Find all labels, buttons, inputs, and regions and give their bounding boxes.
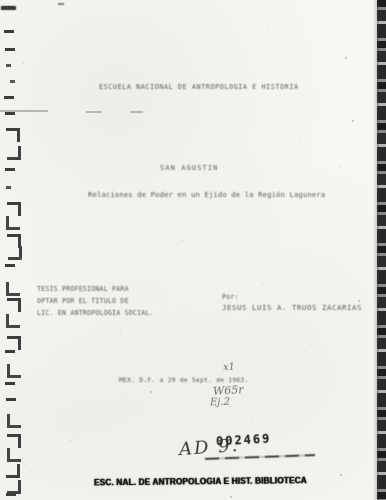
faint-dash xyxy=(0,110,48,112)
binding-mark xyxy=(6,493,16,496)
binding-mark xyxy=(6,186,11,189)
pencil-note-call-mark: W65r xyxy=(213,383,244,398)
paper-speck xyxy=(262,283,263,284)
paper-speck xyxy=(310,345,311,346)
pencil-note-ej2: Ej.2 xyxy=(210,397,230,409)
binding-mark xyxy=(6,64,11,67)
binding-mark xyxy=(7,448,21,462)
institution-heading: ESCUELA NACIONAL DE ANTROPOLOGIA E HISTO… xyxy=(99,83,299,91)
paper-speck xyxy=(352,120,354,122)
faint-dash xyxy=(130,111,143,113)
binding-mark xyxy=(3,6,13,9)
binding-mark xyxy=(6,282,20,296)
paper-speck xyxy=(345,57,347,59)
faint-dash xyxy=(86,111,102,113)
author-label: Por: xyxy=(222,291,239,303)
paper-speck xyxy=(20,258,22,260)
binding-mark xyxy=(7,298,21,312)
binding-mark xyxy=(7,414,21,428)
scanned-thesis-title-page: ESCUELA NACIONAL DE ANTROPOLOGIA E HISTO… xyxy=(0,0,386,500)
paper-speck xyxy=(70,440,71,441)
binding-mark xyxy=(6,464,20,478)
binding-mark xyxy=(7,202,21,216)
binding-mark xyxy=(6,398,16,401)
thesis-subtitle: Relaciones de Poder en un Ejido de la Re… xyxy=(88,190,325,199)
thesis-statement-line-3: LIC. EN ANTROPOLOGIA SOCIAL. xyxy=(37,307,154,319)
binding-mark xyxy=(5,112,15,115)
accession-number-stamp: 002469 xyxy=(216,432,272,449)
thesis-statement-block: TESIS PROFESIONAL PARA OPTAR POR EL TITU… xyxy=(37,283,154,319)
binding-mark xyxy=(10,80,15,83)
paper-speck xyxy=(358,300,360,302)
paper-speck xyxy=(340,474,342,476)
paper-speck xyxy=(23,63,24,64)
paper-speck xyxy=(300,140,301,141)
binding-mark xyxy=(7,364,21,378)
binding-mark xyxy=(5,168,15,171)
thesis-statement-line-1: TESIS PROFESIONAL PARA xyxy=(37,283,154,295)
scan-top-speck xyxy=(58,3,64,5)
paper-speck xyxy=(230,496,232,498)
binding-mark xyxy=(7,146,21,160)
binding-mark xyxy=(7,336,21,350)
binding-mark xyxy=(5,264,15,267)
pencil-note-x1: x1 xyxy=(223,362,236,374)
binding-mark xyxy=(5,350,15,353)
library-stamp: ESC. NAL. DE ANTROPOLOGIA E HIST. BIBLIO… xyxy=(94,474,307,487)
binding-mark xyxy=(6,314,20,328)
binding-mark xyxy=(6,216,20,230)
binding-mark xyxy=(7,434,21,448)
binding-mark xyxy=(6,128,20,142)
paper-speck xyxy=(150,391,152,393)
binding-mark xyxy=(5,382,15,385)
binding-mark xyxy=(4,30,14,33)
paper-speck xyxy=(120,330,121,331)
thesis-statement-line-2: OPTAR POR EL TITULO DE xyxy=(37,295,154,307)
binding-mark xyxy=(7,480,21,494)
paper-speck xyxy=(30,470,31,471)
thesis-title: SAN AGUSTIN xyxy=(160,164,218,172)
binding-mark xyxy=(4,96,14,99)
paper-speck xyxy=(252,420,253,421)
scan-right-edge-shadow xyxy=(373,0,379,500)
binding-mark xyxy=(5,48,15,51)
author-name: JESUS LUIS A. TRUOS ZACARIAS xyxy=(222,303,362,312)
date-line: MEX. D.F. a 29 de Sept. de 1963. xyxy=(119,376,249,384)
paper-speck xyxy=(182,240,183,241)
paper-speck xyxy=(268,28,269,29)
paper-speck xyxy=(340,166,341,167)
